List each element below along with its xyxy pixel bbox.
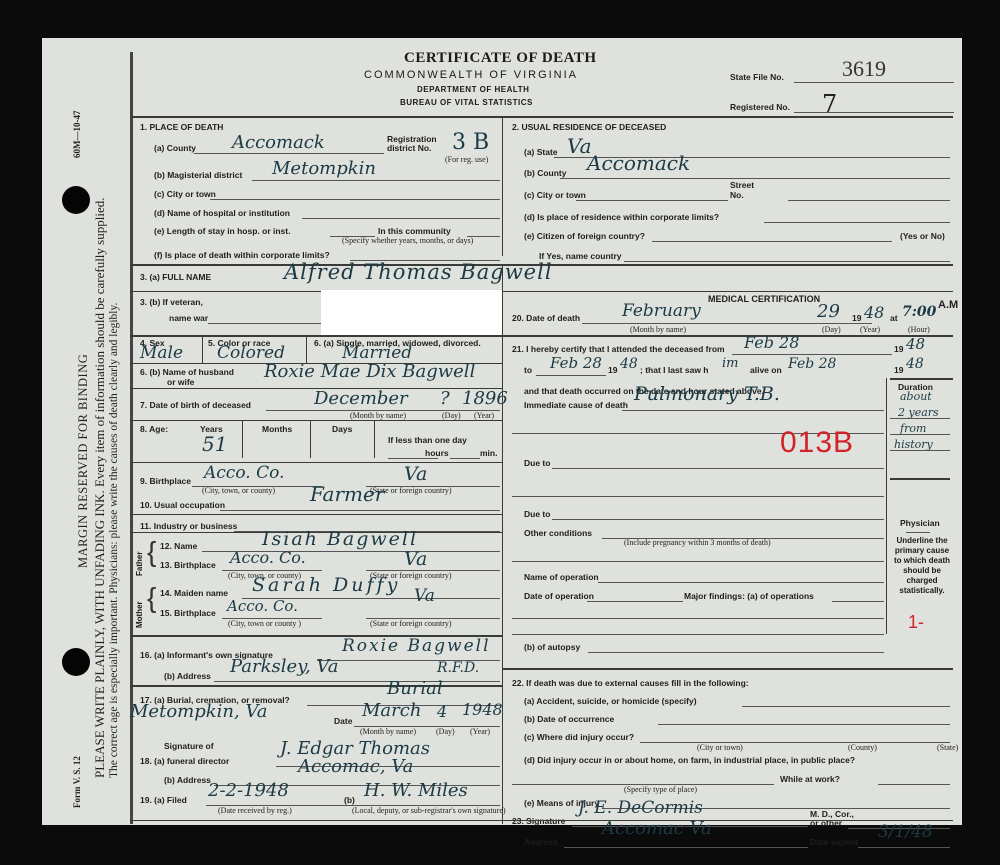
father-birthplace-label: 13. Birthplace	[160, 560, 216, 570]
dob-day-note: (Day)	[442, 411, 461, 420]
res-corporate-label: (d) Is place of residence within corpora…	[524, 212, 719, 222]
birthplace-label: 9. Birthplace	[140, 476, 191, 486]
industry-label: 11. Industry or business	[140, 521, 237, 531]
burial-day-note: (Day)	[436, 727, 455, 736]
where-state-note: (State)	[937, 743, 958, 752]
registrar-label: (b)	[344, 795, 355, 805]
cause-code-stamp: 013B	[780, 426, 854, 460]
full-name-value: Alfred Thomas Bagwell	[284, 260, 553, 284]
place-note: (Specify type of place)	[624, 785, 697, 794]
medical-cert-heading: MEDICAL CERTIFICATION	[708, 294, 820, 304]
mother-birthplace-city: Acco. Co.	[227, 597, 298, 615]
registered-number: 7	[822, 90, 837, 118]
bureau: BUREAU OF VITAL STATISTICS	[400, 98, 533, 107]
home-label: (d) Did injury occur in or about home, o…	[524, 755, 855, 765]
last-saw-pronoun: im	[722, 356, 739, 371]
dod-year-prefix: 19	[852, 313, 861, 323]
reg-use-note: (For reg. use)	[445, 155, 488, 164]
dod-day-value: 29	[817, 301, 840, 322]
physician-address-label: Address	[524, 837, 558, 847]
alive-label: alive on	[750, 365, 782, 375]
state-file-label: State File No.	[730, 72, 784, 82]
father-name-value: Isiah Bagwell	[262, 528, 418, 550]
dob-month-note: (Month by name)	[350, 411, 406, 420]
hospital-label: (d) Name of hospital or institution	[154, 208, 290, 218]
underline-note: Underline the primary cause to which dea…	[892, 536, 952, 596]
place-of-death-heading: 1. PLACE OF DEATH	[140, 122, 223, 132]
date-signed-value: 3/1/48	[878, 822, 933, 842]
accident-label: (a) Accident, suicide, or homicide (spec…	[524, 696, 697, 706]
death-corporate-label: (f) Is place of death within corporate l…	[154, 250, 330, 260]
sex-value: Male	[140, 343, 183, 363]
instruction-line-1: PLEASE WRITE PLAINLY, WITH UNFADING INK.…	[92, 198, 108, 778]
father-birthplace-state: Va	[404, 548, 427, 570]
informant-signature: Roxie Bagwell	[342, 636, 491, 656]
funeral-director-label: 18. (a) funeral director	[140, 756, 229, 766]
occurrence-label: (b) Date of occurrence	[524, 714, 614, 724]
due-to-label-2: Due to	[524, 509, 550, 519]
physician-sig-label: 23. Signature	[512, 816, 565, 826]
city-label: (c) City or town	[154, 189, 216, 199]
burial-day: 4	[437, 702, 447, 721]
burial-value: Burial	[387, 678, 443, 699]
reg-district-label: Registration district No.	[387, 135, 437, 153]
informant-rfd: R.F.D.	[437, 660, 479, 676]
op-date-label: Date of operation	[524, 591, 594, 601]
attended-from-year: 48	[906, 335, 925, 353]
magisterial-value: Metompkin	[272, 158, 376, 179]
birthplace-city-value: Acco. Co.	[204, 463, 284, 483]
age-label: 8. Age:	[140, 424, 168, 434]
binding-hole-bottom	[62, 648, 90, 676]
min-label: min.	[480, 448, 497, 458]
burial-year: 1948	[462, 700, 503, 719]
mother-state-note: (State or foreign country)	[370, 619, 452, 628]
birthplace-city-note: (City, town, or county)	[202, 486, 275, 495]
full-name-label: 3. (a) FULL NAME	[140, 272, 211, 282]
res-county-label: (b) County	[524, 168, 567, 178]
community-label: In this community	[378, 226, 451, 236]
death-county-value: Accomack	[232, 132, 325, 153]
mother-name-value: Sarah Duffy	[252, 574, 400, 596]
registered-label: Registered No.	[730, 102, 790, 112]
res-county-value: Accomack	[587, 151, 690, 175]
informant-address-label: (b) Address	[164, 671, 211, 681]
pregnancy-note: (Include pregnancy within 3 months of de…	[624, 538, 771, 547]
father-birthplace-city: Acco. Co.	[230, 548, 306, 567]
ampm-label: A.M	[938, 300, 948, 311]
department: DEPARTMENT OF HEALTH	[417, 85, 529, 94]
hours-label: hours	[425, 448, 449, 458]
form-code: 60M—10-47	[72, 111, 82, 159]
duration-line-1: about	[900, 390, 932, 403]
registrar-value: H. W. Miles	[364, 780, 468, 801]
race-value: Colored	[217, 343, 285, 363]
age-years-value: 51	[202, 432, 227, 456]
burial-year-note: (Year)	[470, 727, 490, 736]
burial-month-note: (Month by name)	[360, 727, 416, 736]
spouse-label: 6. (b) Name of husband	[140, 367, 234, 377]
fd-address-value: Accomac, Va	[298, 756, 413, 777]
days-label: Days	[332, 424, 352, 434]
magisterial-label: (b) Magisterial district	[154, 170, 242, 180]
filed-label: 19. (a) Filed	[140, 795, 187, 805]
burial-place-value: Metompkin, Va	[130, 701, 268, 722]
less-than-day-label: If less than one day	[388, 435, 467, 445]
stay-note: (Specify whether years, months, or days)	[342, 236, 473, 245]
marital-value: Married	[342, 343, 412, 363]
mother-tag: Mother	[135, 601, 144, 628]
operation-label: Name of operation	[524, 572, 599, 582]
where-label: (c) Where did injury occur?	[524, 732, 634, 742]
certify-label: 21. I hereby certify that I attended the…	[512, 344, 725, 354]
other-conditions-label: Other conditions	[524, 528, 592, 538]
yes-no-note: (Yes or No)	[900, 231, 945, 241]
due-to-label-1: Due to	[524, 458, 550, 468]
dob-year-note: (Year)	[474, 411, 494, 420]
immediate-cause-label: Immediate cause of death	[524, 400, 628, 410]
dob-day-value: ?	[440, 388, 450, 409]
attended-to-year: 48	[620, 356, 638, 372]
immediate-cause-value: Pulmonary T.B.	[634, 383, 780, 405]
mother-name-state: Va	[414, 586, 435, 606]
registrar-note: (Local, deputy, or sub-registrar's own s…	[352, 806, 506, 815]
months-label: Months	[262, 424, 292, 434]
physician-address: Accomac Va	[602, 818, 712, 839]
informant-address: Parksley, Va	[230, 656, 339, 677]
spouse-value: Roxie Mae Dix Bagwell	[264, 361, 475, 382]
occupation-label: 10. Usual occupation	[140, 500, 225, 510]
mother-birthplace-label: 15. Birthplace	[160, 608, 216, 618]
certificate-title: CERTIFICATE OF DEATH	[404, 50, 597, 67]
redacted-area	[321, 290, 503, 336]
findings-label: Major findings: (a) of operations	[684, 591, 814, 601]
physician-label: Physician	[900, 518, 940, 528]
fd-address-label: (b) Address	[164, 775, 211, 785]
father-name-label: 12. Name	[160, 541, 197, 551]
work-label: While at work?	[780, 774, 840, 784]
street-label: Street No.	[730, 180, 752, 200]
attended-to-value: Feb 28	[550, 354, 602, 372]
dob-year-value: 1896	[462, 388, 508, 409]
dod-hour-note: (Hour)	[908, 325, 930, 334]
where-county-note: (County)	[848, 743, 877, 752]
occupation-value: Farmer	[310, 482, 384, 506]
date-signed-label: Date signed	[810, 837, 858, 847]
where-city-note: (City or town)	[697, 743, 743, 752]
state-file-number: 3619	[842, 56, 886, 82]
dob-month-value: December	[314, 388, 408, 409]
dod-year-value: 48	[864, 303, 884, 322]
dod-year-note: (Year)	[860, 325, 880, 334]
death-certificate-page: 60M—10-47 MARGIN RESERVED FOR BINDING PL…	[42, 38, 962, 825]
at-label: at	[890, 313, 898, 323]
father-tag: Father	[135, 552, 144, 576]
form-name: Form V. S. 12	[72, 756, 82, 808]
alive-on-value: Feb 28	[788, 356, 836, 372]
margin-reserved-note: MARGIN RESERVED FOR BINDING	[76, 354, 91, 568]
autopsy-label: (b) of autopsy	[524, 642, 580, 652]
binding-hole-top	[62, 186, 90, 214]
to-label: to	[524, 365, 532, 375]
residence-heading: 2. USUAL RESIDENCE OF DECEASED	[512, 122, 666, 132]
reg-district-value: 3 B	[452, 130, 489, 155]
war-label: name war	[169, 313, 208, 323]
instruction-line-2: The correct age is especially important.…	[108, 303, 120, 778]
filed-note: (Date received by reg.)	[218, 806, 292, 815]
filed-date-value: 2-2-1948	[208, 780, 289, 801]
dob-label: 7. Date of birth of deceased	[140, 400, 251, 410]
dod-month-note: (Month by name)	[630, 325, 686, 334]
citizen-label: (e) Citizen of foreign country?	[524, 231, 645, 241]
red-mark: 1-	[908, 612, 924, 633]
burial-month: March	[362, 700, 421, 721]
county-label: (a) County	[154, 143, 196, 153]
jurisdiction: COMMONWEALTH OF VIRGINIA	[364, 69, 578, 81]
fd-sig-label: Signature of	[164, 741, 214, 751]
spouse-label-2: or wife	[167, 377, 194, 387]
attended-from-value: Feb 28	[744, 333, 799, 352]
mother-name-label: 14. Maiden name	[160, 588, 228, 598]
veteran-label: 3. (b) If veteran,	[140, 297, 203, 307]
stay-label: (e) Length of stay in hosp. or inst.	[154, 226, 290, 236]
burial-date-label: Date	[334, 716, 352, 726]
last-saw-label: ; that I last saw h	[640, 365, 709, 375]
dod-hour-value: 7:00	[902, 304, 936, 320]
alive-year: 48	[906, 356, 924, 372]
birthplace-state-value: Va	[404, 463, 427, 485]
external-heading: 22. If death was due to external causes …	[512, 678, 749, 688]
dod-day-note: (Day)	[822, 325, 841, 334]
dod-label: 20. Date of death	[512, 313, 580, 323]
mother-city-note: (City, town or county )	[228, 619, 301, 628]
res-city-label: (c) City or town	[524, 190, 586, 200]
res-state-label: (a) State	[524, 147, 558, 157]
physician-signature: J. E. DeCormis	[578, 798, 703, 818]
dod-month-value: February	[622, 301, 701, 321]
